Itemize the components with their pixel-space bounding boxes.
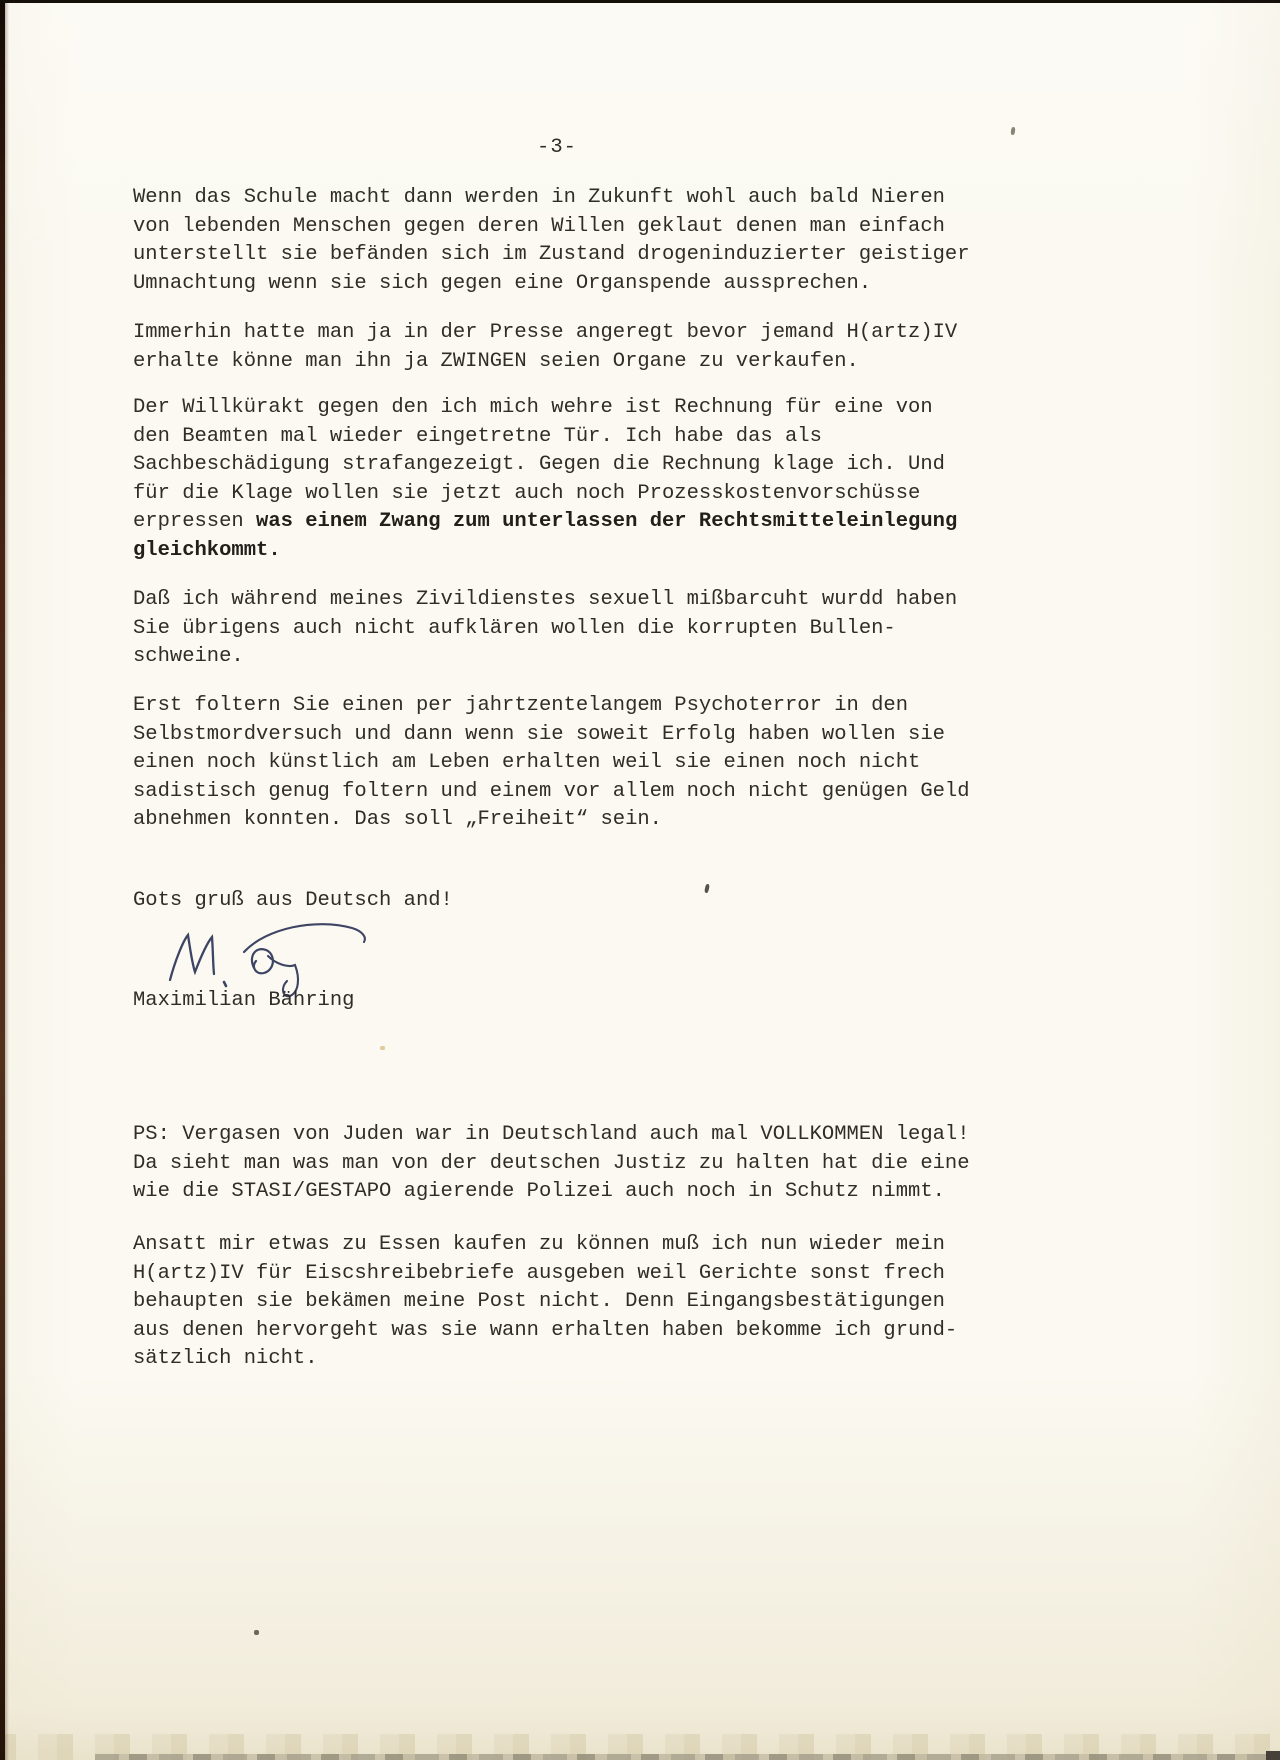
scan-artifact-speck	[1010, 127, 1015, 135]
scan-edge-top	[0, 0, 1280, 3]
text-line: erhalte könne man ihn ja ZWINGEN seien O…	[133, 350, 1143, 379]
signature-name: Maximilian Bähring	[133, 989, 354, 1012]
text-line: Daß ich während meines Zivildienstes sex…	[133, 588, 1143, 617]
paragraph: Daß ich während meines Zivildienstes sex…	[133, 588, 1143, 674]
scan-edge-bottom-jagged	[95, 1754, 1280, 1760]
text-line: aus denen hervorgeht was sie wann erhalt…	[133, 1319, 1143, 1348]
page-number: -3-	[133, 136, 981, 159]
scan-edge-left	[0, 0, 5, 1760]
scan-artifact-speck	[254, 1630, 259, 1635]
paragraph: Wenn das Schule macht dann werden in Zuk…	[133, 186, 1143, 300]
text-line: abnehmen konnten. Das soll „Freiheit“ se…	[133, 808, 1143, 837]
paragraph: Erst foltern Sie einen per jahrtzentelan…	[133, 694, 1143, 837]
text-line: sadistisch genug foltern und einem vor a…	[133, 780, 1143, 809]
paragraph: PS: Vergasen von Juden war in Deutschlan…	[133, 1123, 1143, 1209]
text-line: Erst foltern Sie einen per jahrtzentelan…	[133, 694, 1143, 723]
text-line: unterstellt sie befänden sich im Zustand…	[133, 243, 1143, 272]
text-line: erpressen was einem Zwang zum unterlasse…	[133, 510, 1143, 539]
text-line: Immerhin hatte man ja in der Presse ange…	[133, 321, 1143, 350]
text-line: H(artz)IV für Eiscshreibebriefe ausgeben…	[133, 1262, 1143, 1291]
closing-line: Gots gruß aus Deutsch and!	[133, 889, 453, 912]
text-line: für die Klage wollen sie jetzt auch noch…	[133, 482, 1143, 511]
text-line: PS: Vergasen von Juden war in Deutschlan…	[133, 1123, 1143, 1152]
text-line: behaupten sie bekämen meine Post nicht. …	[133, 1290, 1143, 1319]
text-line: Wenn das Schule macht dann werden in Zuk…	[133, 186, 1143, 215]
text-line: gleichkommt.	[133, 539, 1143, 568]
text-line: Umnachtung wenn sie sich gegen eine Orga…	[133, 272, 1143, 301]
scan-artifact-speck	[704, 884, 710, 894]
text-line: einen noch künstlich am Leben erhalten w…	[133, 751, 1143, 780]
paragraph: Ansatt mir etwas zu Essen kaufen zu könn…	[133, 1233, 1143, 1376]
paragraph: Immerhin hatte man ja in der Presse ange…	[133, 321, 1143, 378]
scan-edge-left-shadow	[5, 0, 9, 1760]
scan-edge-bottom-right-corner	[1266, 1751, 1280, 1760]
text-line: schweine.	[133, 645, 1143, 674]
text-line: von lebenden Menschen gegen deren Willen…	[133, 215, 1143, 244]
text-line: Selbstmordversuch und dann wenn sie sowe…	[133, 723, 1143, 752]
text-line: Da sieht man was man von der deutschen J…	[133, 1152, 1143, 1181]
text-line: wie die STASI/GESTAPO agierende Polizei …	[133, 1180, 1143, 1209]
paragraph: Der Willkürakt gegen den ich mich wehre …	[133, 396, 1143, 568]
text-line: Ansatt mir etwas zu Essen kaufen zu könn…	[133, 1233, 1143, 1262]
scanned-letter-page: -3- Wenn das Schule macht dann werden in…	[0, 0, 1280, 1760]
text-line: Sachbeschädigung strafangezeigt. Gegen d…	[133, 453, 1143, 482]
scan-artifact-speck	[380, 1046, 385, 1050]
text-line: Sie übrigens auch nicht aufklären wollen…	[133, 617, 1143, 646]
text-line: sätzlich nicht.	[133, 1347, 1143, 1376]
text-line: den Beamten mal wieder eingetretne Tür. …	[133, 425, 1143, 454]
text-line: Der Willkürakt gegen den ich mich wehre …	[133, 396, 1143, 425]
